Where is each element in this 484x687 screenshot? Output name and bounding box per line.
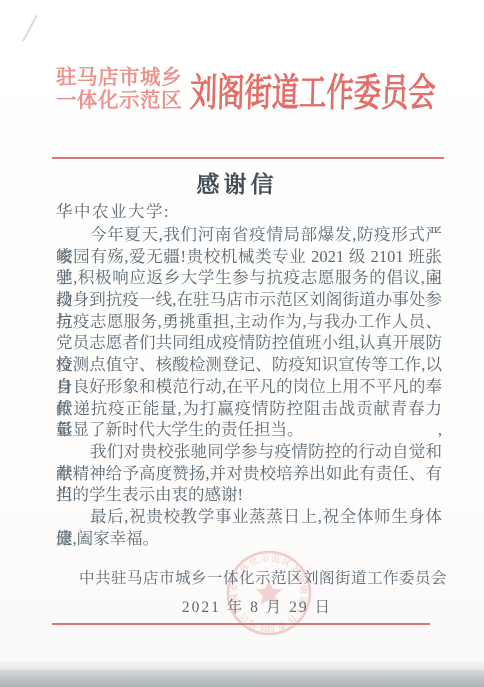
body-line: 抗疫志愿服务,勇挑重担,主动作为,与我办工作人员、 [56,311,442,333]
letter-body: 华中农业大学: 今年夏天,我们河南省疫情局部爆发,防疫形式严峻。家园有殇,爱无疆… [56,200,442,549]
body-line: 检测点值守、核酸检测登记、防疫知识宣传等工作,以自 [56,354,442,376]
body-paragraphs: 今年夏天,我们河南省疫情局部爆发,防疫形式严峻。家园有殇,爱无疆!贵校机械类专业… [56,224,442,549]
official-seal: 驻马店市城乡一体化示范区刘阁街道工作委员会 [222,546,316,640]
letterhead-divider-line [52,157,444,159]
body-line: 传递抗疫正能量,为打赢疫情防控阻击战贡献青春力量, [56,398,442,420]
body-line: 家园有殇,爱无疆!贵校机械类专业 2021 级 2101 班张驰同 [56,246,442,268]
body-line: 我们对贵校张驰同学参与疫情防控的行动自觉和奉 [56,441,442,463]
letterhead-committee: 刘阁街道工作委员会 [189,62,436,118]
scan-edge-shadow [0,660,484,670]
seal-star-icon [256,580,282,605]
body-line: 党员志愿者们共同组成疫情防控值班小组,认真开展防疫 [56,332,442,354]
letterhead-region: 驻马店市城乡 一体化示范区 [56,67,182,113]
letterhead-region-line1: 驻马店市城乡 [56,67,182,90]
letter-title: 感谢信 [0,166,474,199]
body-line: 身良好形象和模范行动,在平凡的岗位上用不平凡的奉献 [56,376,442,398]
letter-page: 驻马店市城乡 一体化示范区 刘阁街道工作委员会 感谢信 华中农业大学: 今年夏天… [0,0,484,687]
pen-scratch-mark [22,14,38,41]
body-line: 献精神给予高度赞扬,并对贵校培养出如此有责任、有担 [56,463,442,485]
footer-divider-line [52,623,430,625]
letterhead-region-line2: 一体化示范区 [56,90,182,113]
body-line: 今年夏天,我们河南省疫情局部爆发,防疫形式严峻。 [56,224,442,246]
scan-bottom-edge [0,670,484,687]
body-line: 学,积极响应返乡大学生参与抗疫志愿服务的倡议,主动 [56,267,442,289]
letterhead: 驻马店市城乡 一体化示范区 刘阁街道工作委员会 [56,62,466,118]
body-line: 投身到抗疫一线,在驻马店市示范区刘阁街道办事处参与 [56,289,442,311]
body-line: 当的学生表示由衷的感谢! [56,484,442,506]
salutation: 华中农业大学: [56,200,442,224]
body-line: 最后,祝贵校教学事业蒸蒸日上,祝全体师生身体健 [56,506,442,528]
